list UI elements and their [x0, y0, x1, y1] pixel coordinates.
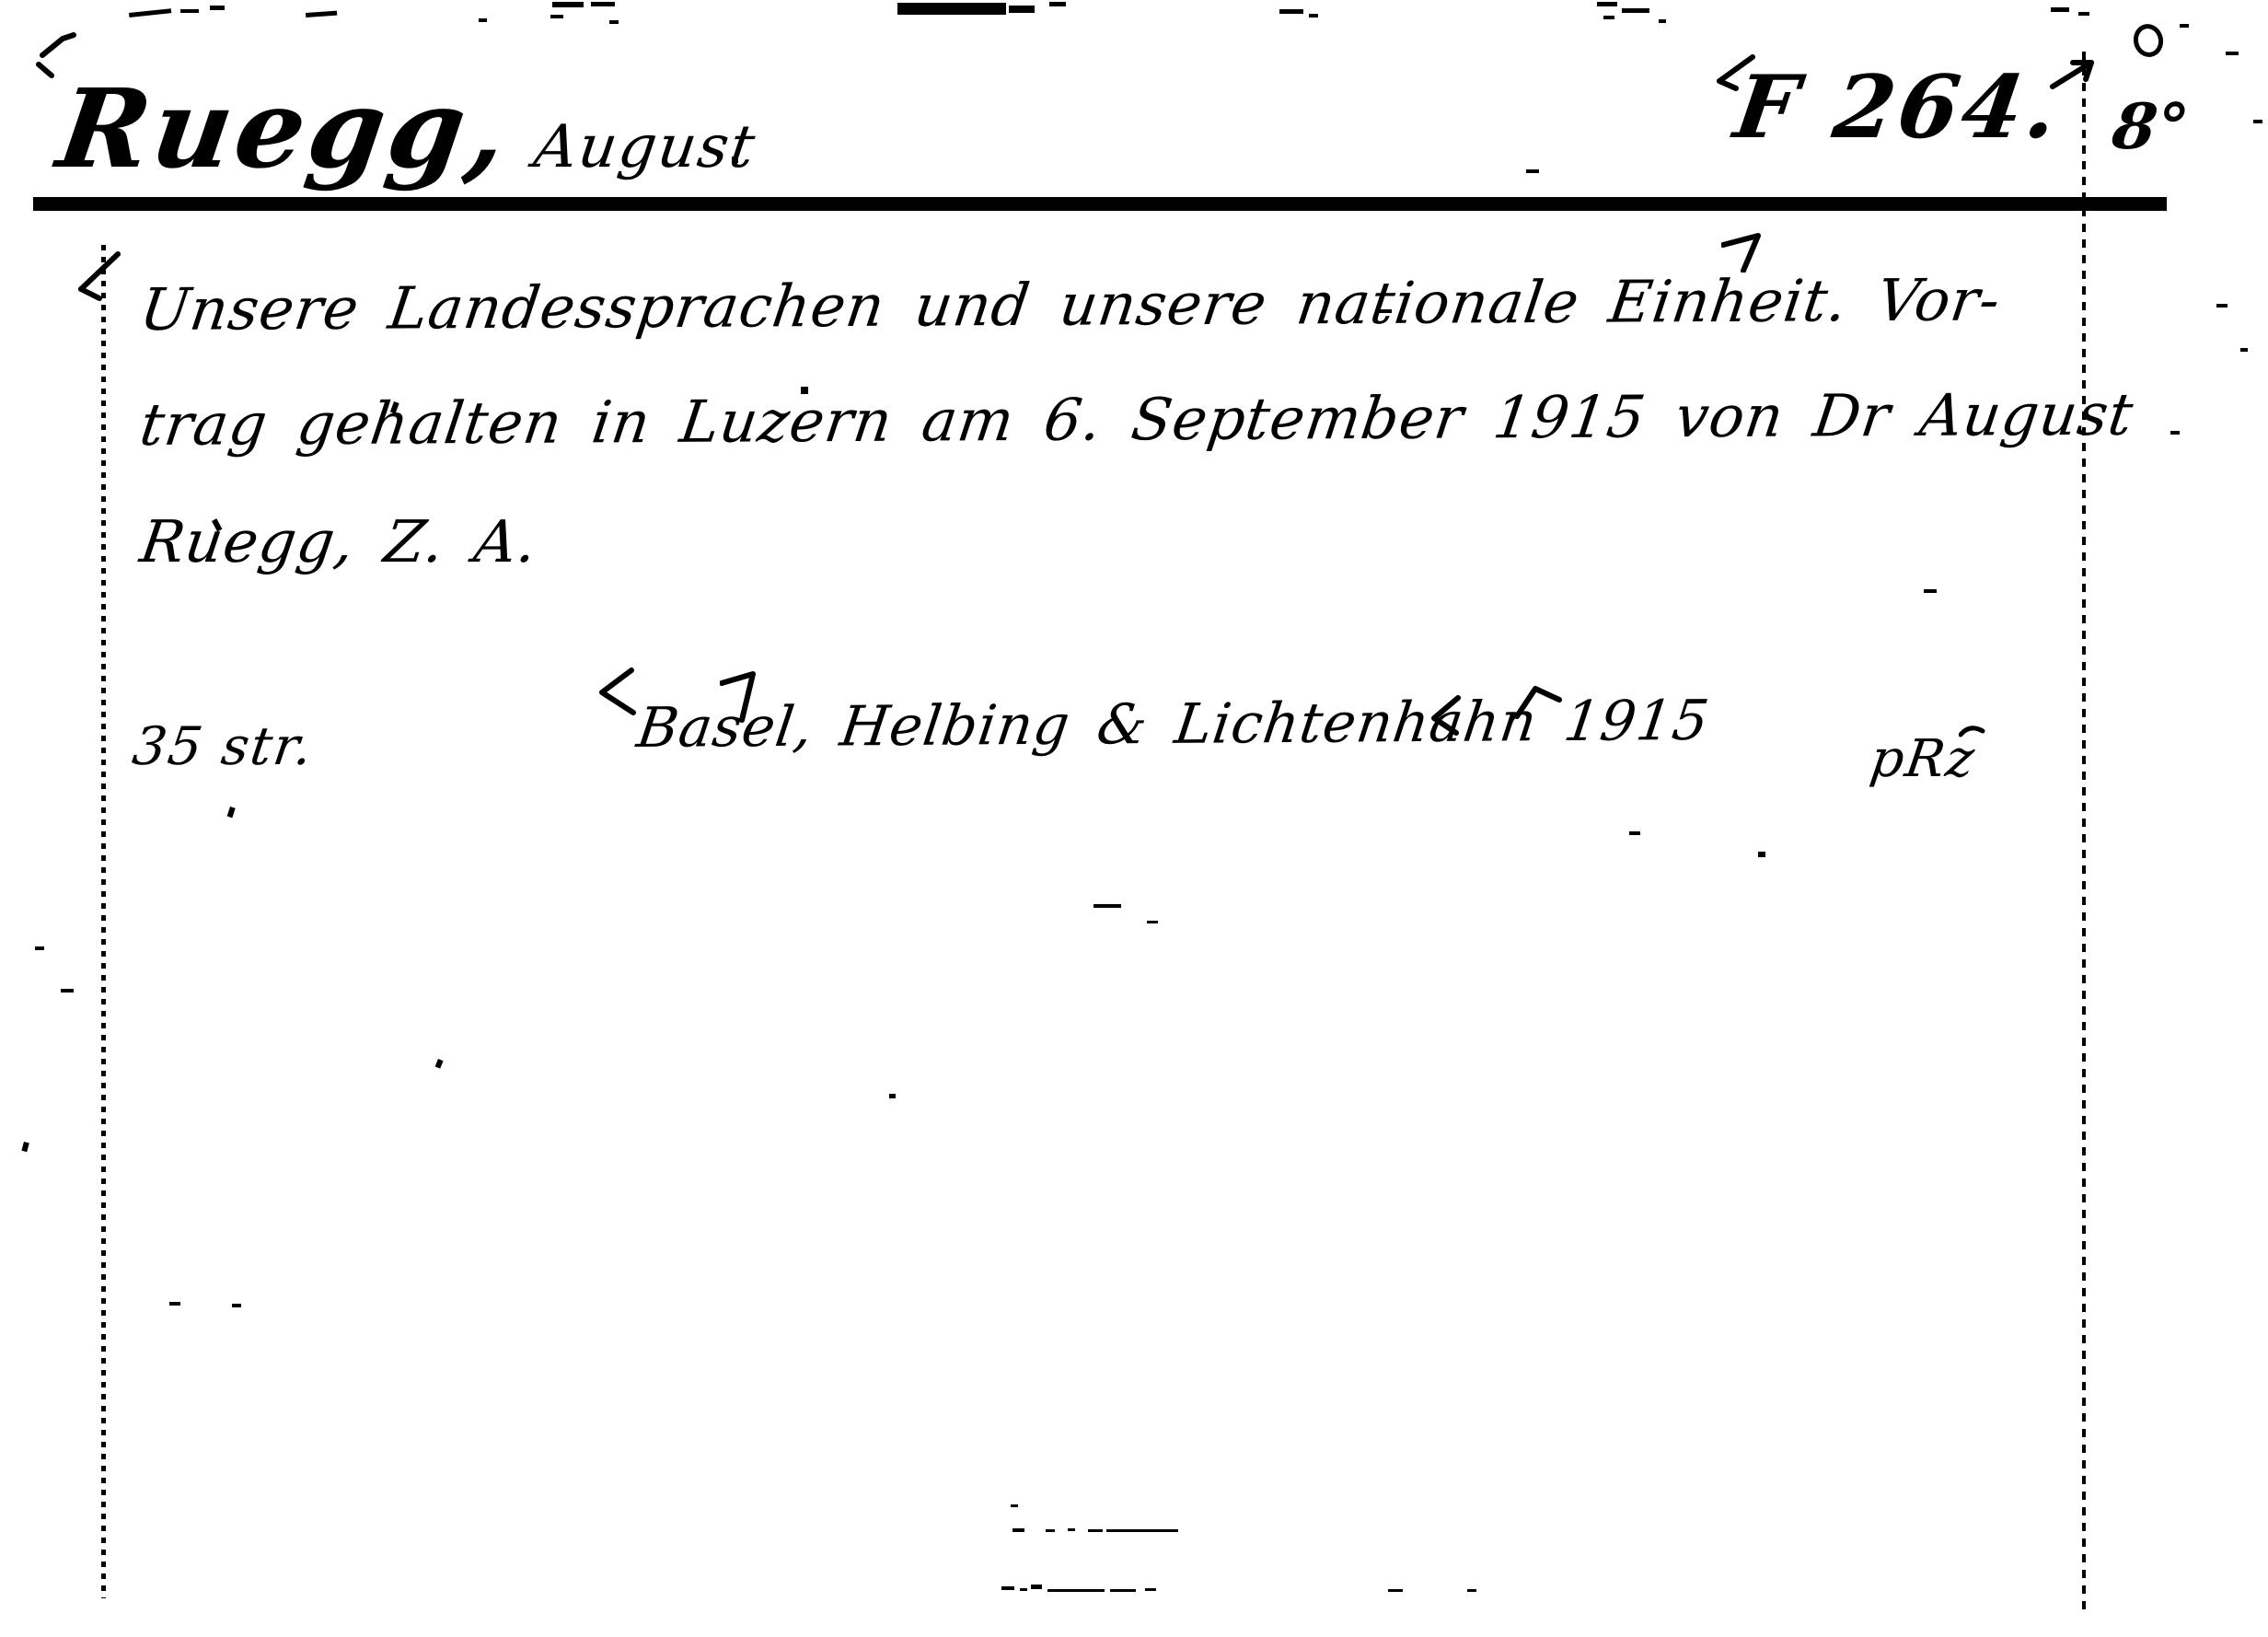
author-heading: Ruegg, August	[51, 64, 768, 192]
caret-mark-after-place-icon	[720, 670, 760, 726]
header-rule	[33, 197, 2167, 211]
bottom-pencil-dashes	[1001, 1504, 1476, 1592]
call-number: F 264.	[1729, 57, 2067, 158]
caret-mark-before-callnum-icon	[1708, 52, 1756, 94]
caret-mark-after-title-icon	[1721, 230, 1767, 273]
arrow-mark-to-margin-icon	[2049, 53, 2099, 92]
title-line-3: Ruegg, Z. A.	[136, 508, 542, 575]
caret-mark-before-place-icon	[595, 667, 637, 718]
author-forename: August	[530, 113, 761, 181]
title-line-1: Unsere Landessprachen und unsere nationa…	[136, 266, 2005, 343]
author-surname: Ruegg,	[51, 64, 519, 192]
extent-note: 35 str.	[129, 716, 318, 777]
title-line-2: trag gehalten in Luzern am 6. September …	[136, 381, 2137, 459]
right-margin-dashed-line	[2082, 52, 2086, 1609]
caret-mark-before-year-icon	[1427, 694, 1464, 737]
tilde-mark-icon	[1959, 722, 1986, 740]
caret-mark-top-left-icon	[35, 31, 77, 79]
left-margin-dotted-line	[101, 245, 106, 1598]
scan-noise-layer	[0, 0, 2268, 1637]
catalog-card-scan: Ruegg, August F 264. 8° Unsere Landesspr…	[0, 0, 2268, 1637]
format-mark: 8°	[2108, 90, 2193, 164]
caret-mark-after-year-icon	[1513, 681, 1563, 722]
caret-mark-left-margin-icon	[72, 247, 127, 311]
